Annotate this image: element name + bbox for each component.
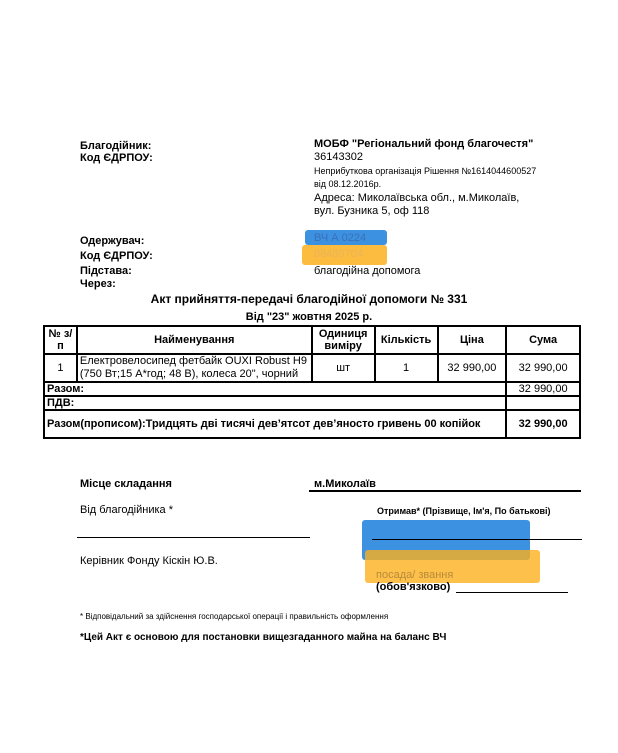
footnote-1: * Відповідальний за здійснення господарс… xyxy=(80,612,388,621)
mandatory-label: (обов'язково) xyxy=(376,581,450,593)
donor-code: 36143302 xyxy=(314,151,363,163)
act-date: Від "23" жовтня 2025 р. xyxy=(0,311,618,323)
total-label: Разом: xyxy=(44,382,506,396)
header-qty: Кількість xyxy=(375,326,438,354)
items-table: № з/п Найменування Одиниця виміру Кількі… xyxy=(43,325,581,439)
table-row: 1 Електровелосипед фетбайк OUXI Robust H… xyxy=(44,354,580,382)
recipient-name: ВЧ А 0224 xyxy=(314,232,366,244)
recipient-signature-line xyxy=(372,539,582,540)
recipient-code-label: Код ЄДРПОУ: xyxy=(80,250,153,262)
act-title: Акт прийняття-передачі благодійної допом… xyxy=(0,292,618,306)
words-value: 32 990,00 xyxy=(506,410,580,438)
donor-address-line1: Адреса: Миколаївська обл., м.Миколаїв, xyxy=(314,192,519,204)
row-price: 32 990,00 xyxy=(438,354,507,382)
donor-nonprofit-line2: від 08.12.2016р. xyxy=(314,179,381,189)
place-label: Місце складання xyxy=(80,478,172,490)
footnote-2: *Цей Акт є основою для постановки вищезг… xyxy=(80,632,446,643)
received-label: Отримав* (Прізвище, Ім'я, По батькові) xyxy=(377,506,551,516)
donor-nonprofit-line1: Неприбуткова організація Рішення №161404… xyxy=(314,166,536,176)
place-underline xyxy=(309,490,581,492)
row-sum: 32 990,00 xyxy=(506,354,580,382)
header-sum: Сума xyxy=(506,326,580,354)
from-donor-label: Від благодійника * xyxy=(80,504,173,516)
total-value: 32 990,00 xyxy=(506,382,580,396)
via-label: Через: xyxy=(80,278,116,290)
donor-code-label: Код ЄДРПОУ: xyxy=(80,152,153,164)
recipient-label: Одержувач: xyxy=(80,235,144,247)
donor-label: Благодійник: xyxy=(80,140,151,152)
words-label: Разом(прописом):Тридцять дві тисячі дев’… xyxy=(44,410,506,438)
header-name: Найменування xyxy=(77,326,312,354)
vat-label: ПДВ: xyxy=(44,396,506,410)
donor-address-line2: вул. Бузника 5, оф 118 xyxy=(314,205,429,217)
row-qty: 1 xyxy=(375,354,438,382)
position-label: посада/ звання xyxy=(376,569,453,581)
recipient-basis: благодійна допомога xyxy=(314,265,420,277)
vat-value xyxy=(506,396,580,410)
recipient-code: 08489704 xyxy=(314,248,363,260)
position-line xyxy=(456,592,568,593)
row-num: 1 xyxy=(44,354,77,382)
header-price: Ціна xyxy=(438,326,507,354)
donor-signature-line xyxy=(77,537,310,538)
donor-name: МОБФ "Регіональний фонд благочестя" xyxy=(314,138,533,150)
header-num: № з/п xyxy=(44,326,77,354)
basis-label: Підстава: xyxy=(80,265,132,277)
row-name-line2: (750 Вт;15 А*год; 48 В), колеса 20", чор… xyxy=(80,368,309,381)
row-name-line1: Електровелосипед фетбайк OUXI Robust H9 xyxy=(80,355,309,368)
place-value: м.Миколаїв xyxy=(314,478,376,490)
row-unit: шт xyxy=(312,354,375,382)
header-unit: Одиниця виміру xyxy=(312,326,375,354)
row-name: Електровелосипед фетбайк OUXI Robust H9 … xyxy=(77,354,312,382)
fund-head: Керівник Фонду Кіскін Ю.В. xyxy=(80,555,218,567)
